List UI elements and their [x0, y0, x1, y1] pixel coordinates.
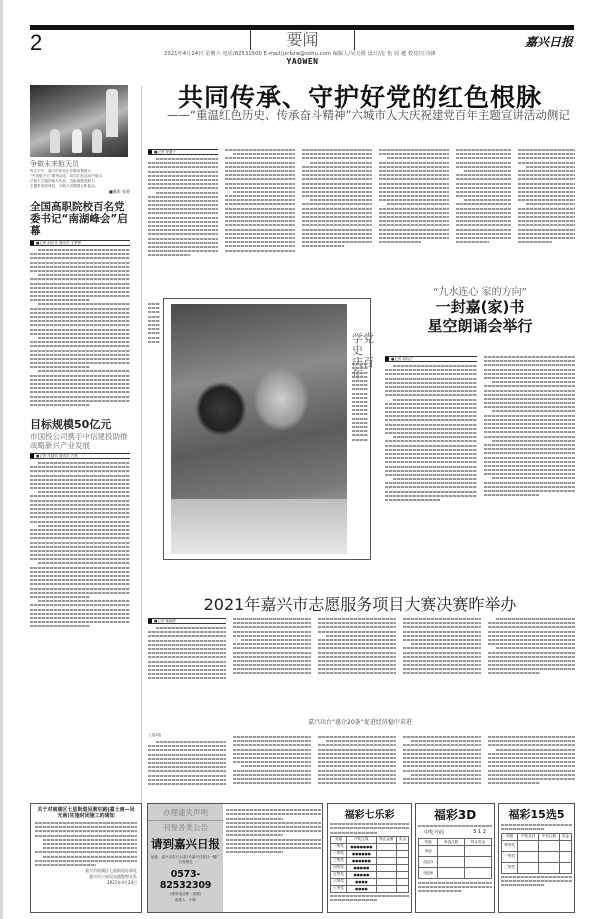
lottery-title: 福彩七乐彩 — [330, 806, 409, 821]
page-edge — [0, 0, 3, 919]
left-column: 争做未来航天员 昨天下午，嘉兴市实验小学教育集团六 “中国航天日”系列活动，同学… — [30, 85, 130, 629]
economy-header: 嘉兴出台“惠企20条”促进经济稳中求进 — [145, 717, 575, 729]
lottery-table: 奖级中奖注数每注金额奖金 一等奖●●●●●●● 二等奖●●●●●● 三等奖●●●… — [330, 836, 409, 893]
volunteer-column-4 — [403, 615, 481, 677]
economy-column-5 — [488, 733, 575, 786]
right-story-column-2 — [484, 353, 575, 498]
lead-column-3 — [302, 146, 372, 250]
economy-column-1: 上接1版 — [148, 733, 226, 787]
lead-column-1: ■记者 祝漪子 — [148, 146, 218, 259]
article-headline: 全国高职院校百名党委书记“南湖峰会”启幕 — [30, 201, 130, 237]
lead-column-5 — [456, 146, 511, 245]
photo-paper — [171, 499, 347, 554]
classified-ad: 办理遗失声明 刊登各类公告 请到嘉兴日报 地址：嘉兴市洪兴大道1号嘉兴日报社一楼… — [147, 803, 323, 913]
article-headline: 目标规模50亿元 — [30, 416, 130, 432]
lottery-title: 福彩15选5 — [501, 806, 572, 822]
ad-banner: 办理遗失声明 刊登各类公告 请到嘉兴日报 地址：嘉兴市洪兴大道1号嘉兴日报社一楼… — [148, 804, 223, 912]
column-divider — [141, 86, 142, 811]
volunteer-column-3 — [318, 615, 396, 677]
lottery-table: 奖级中奖条件中奖注数奖金 特等奖 一等奖 二等奖 — [501, 833, 572, 874]
ad-contact: 联系人：小陈 — [148, 898, 223, 903]
photo-tower — [106, 89, 118, 137]
lottery-3d: 福彩3D 中奖号码 5 1 2 奖级单选注数每注奖金 单选 组选3 组选6 — [415, 803, 495, 913]
lottery-qilecai: 福彩七乐彩 奖级中奖注数每注金额奖金 一等奖●●●●●●● 二等奖●●●●●● … — [327, 803, 412, 913]
astronaut-photo — [30, 85, 128, 157]
article-body — [30, 249, 130, 406]
lottery-title: 福彩3D — [418, 806, 492, 823]
ad-headline: 请到嘉兴日报 — [148, 836, 223, 852]
article-subtitle: 市国投公司携手中信建投助推战略新兴产业发展 — [30, 432, 130, 450]
economy-column-2 — [233, 733, 311, 786]
photo-figure — [92, 129, 102, 153]
lost-notices — [226, 807, 321, 855]
reporter-line: ■记者 祝漪子 — [148, 149, 218, 155]
volunteer-headline: 2021年嘉兴市志愿服务项目大赛决赛昨举办 — [145, 592, 575, 615]
lead-subtitle: ——“重温红色历史、传承奋斗精神”六城市人大庆祝建党百年主题宣讲活动侧记 — [145, 108, 575, 123]
section-pinyin: YAOWEN — [250, 57, 355, 66]
photo-feature-frame: 学党史 庆百年 — [163, 298, 371, 560]
road-closure-notice: 关于对南湖区七星街道吴湘东路(嘉土南—吴光南)实施封闭施工的通知 嘉兴市南湖区七… — [30, 803, 142, 913]
ad-phone: 0573-82532309 — [148, 869, 223, 891]
lottery-15-5: 福彩15选5 奖级中奖条件中奖注数奖金 特等奖 一等奖 二等奖 — [498, 803, 575, 913]
notice-title: 关于对南湖区七星街道吴湘东路(嘉土南—吴光南)实施封闭施工的通知 — [35, 807, 137, 819]
lead-column-6 — [518, 146, 575, 245]
reporter-line: ■记者 沈晓鸣 通讯员 方茜 — [30, 453, 130, 459]
volunteer-column-2 — [233, 615, 311, 677]
right-story-column-1: ■记者 周伟江 — [385, 353, 477, 503]
newspaper-logo: 嘉兴日报 — [525, 33, 573, 50]
page-number: 2 — [30, 30, 42, 56]
volunteer-column-5 — [488, 615, 575, 677]
notice-date: 2021年4月24日 — [35, 880, 137, 886]
volunteer-column-1: ■记者 姚晓婷 — [148, 615, 226, 681]
lead-column-2 — [225, 146, 295, 254]
reporter-line: ■记者 周伟江 — [385, 356, 477, 362]
masthead-meta: 2021年4月24日 星期六 电话/82531500 E-mail/jxrbzw… — [130, 50, 470, 57]
photo-figure — [72, 129, 82, 153]
elderly-man-photo — [171, 304, 347, 554]
ad-phone-note: (使用电话费一周期) — [148, 892, 223, 897]
photo-story-title: 争做未来航天员 — [30, 159, 130, 169]
newspaper-page: 2 要闻 2021年4月24日 星期六 电话/82531500 E-mail/j… — [0, 0, 600, 919]
right-story-title: 一封嘉(家)书 — [385, 298, 575, 317]
photo-figure — [50, 129, 60, 153]
lead-column-4 — [379, 146, 449, 245]
reporter-line: ■记者 姚晓婷 — [148, 618, 226, 624]
right-story-kicker: “九水连心 家的方向” — [385, 283, 575, 298]
continued-from: 上接1版 — [148, 733, 226, 738]
lottery-table: 奖级单选注数每注奖金 单选 组选3 组选6 — [418, 838, 492, 879]
economy-column-3 — [318, 733, 396, 786]
ad-address: 地址：嘉兴市洪兴大道1号嘉兴日报社一楼广告受理处 — [148, 855, 223, 865]
right-story-title: 星空朗诵会举行 — [385, 317, 575, 336]
photo-feature-caption — [352, 361, 368, 443]
economy-column-4 — [403, 733, 481, 786]
winning-numbers: 中奖号码 5 1 2 — [418, 829, 492, 836]
ad-line: 办理遗失声明 — [148, 807, 223, 818]
right-story-header: “九水连心 家的方向” 一封嘉(家)书 星空朗诵会举行 — [385, 283, 575, 336]
reporter-line: ■记者 俞佳乐 通讯员 王梦婷 — [30, 240, 130, 246]
section-title: 要闻 — [250, 30, 355, 50]
ad-line: 刊登各类公告 — [148, 820, 223, 833]
photo-byline: ■摄影 张婷 — [30, 189, 130, 195]
narrow-text-strip — [148, 300, 160, 345]
economy-headline: 嘉兴出台“惠企20条”促进经济稳中求进 — [145, 717, 575, 726]
article-body — [30, 462, 130, 627]
